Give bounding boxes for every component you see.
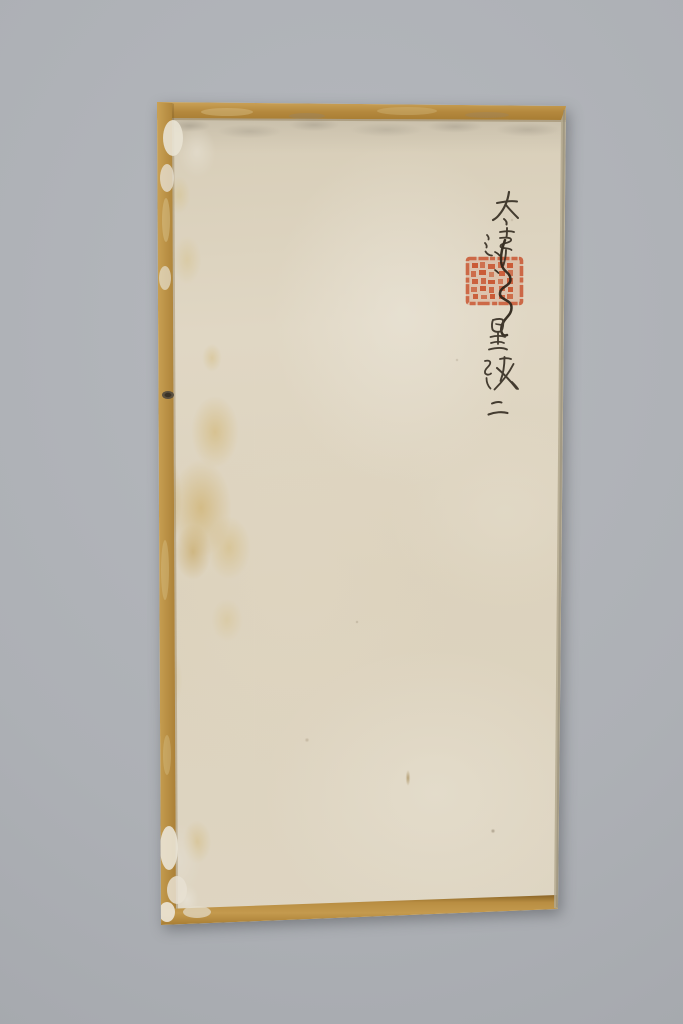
inscription-calligraphy (455, 180, 545, 430)
album-cover: 太清樓皇跋二 (157, 100, 566, 925)
binding-edge-bottom (161, 895, 558, 925)
paper-edge-right (554, 106, 566, 909)
binding-edge-top (157, 102, 566, 122)
seal-impression (466, 257, 523, 305)
album-shadow: 太清樓皇跋二 (157, 100, 566, 925)
binding-hole (162, 391, 174, 399)
binding-edge-left (157, 102, 178, 925)
photo-backdrop: 太清樓皇跋二 (0, 0, 683, 1024)
